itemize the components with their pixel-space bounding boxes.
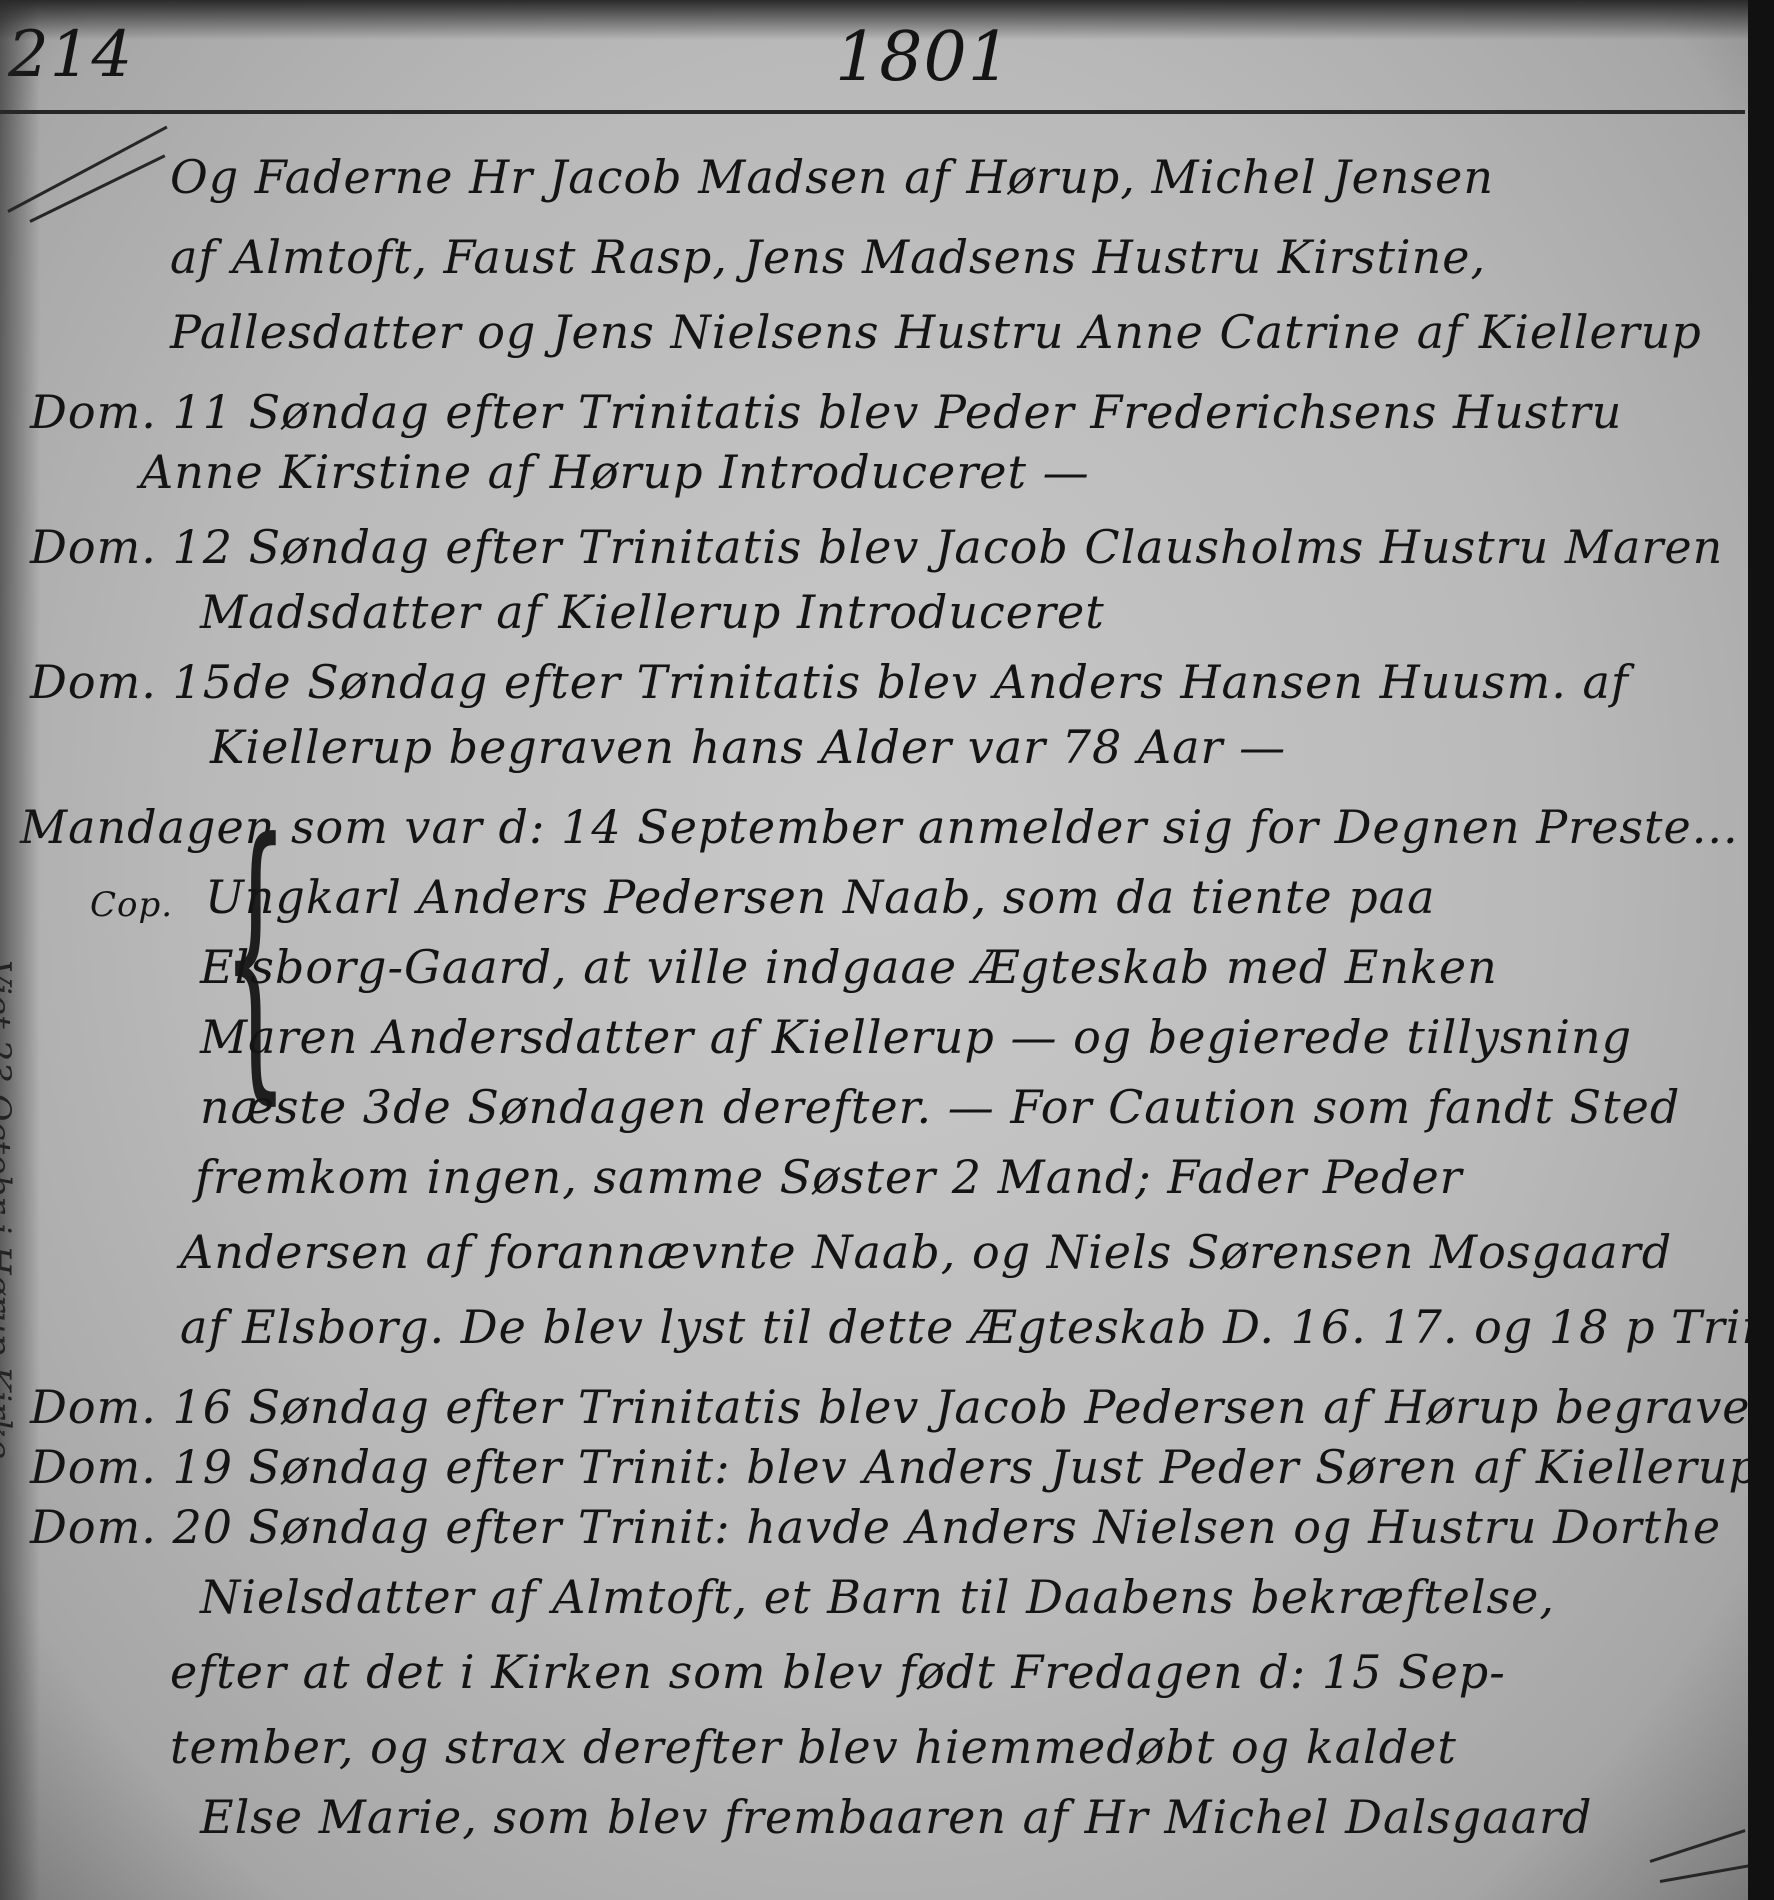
entry-line: Og Faderne Hr Jacob Madsen af Hørup, Mic… bbox=[170, 150, 1494, 204]
margin-mark: Cop. bbox=[90, 885, 173, 925]
entry-line: Dom. 19 Søndag efter Trinit: blev Anders… bbox=[30, 1440, 1748, 1494]
header-rule bbox=[0, 110, 1745, 114]
entry-line: Andersen af forannævnte Naab, og Niels S… bbox=[180, 1225, 1672, 1279]
line-text: Elsborg-Gaard, at ville indgaae Ægteskab… bbox=[200, 940, 1498, 994]
line-text: næste 3de Søndagen derefter. — For Cauti… bbox=[200, 1080, 1680, 1134]
entry-line: Pallesdatter og Jens Nielsens Hustru Ann… bbox=[170, 305, 1702, 359]
entry-line: Madsdatter af Kiellerup Introduceret bbox=[200, 585, 1105, 639]
end-slash-mark bbox=[1650, 1829, 1746, 1863]
line-text: Kiellerup begraven hans Alder var 78 Aar… bbox=[210, 720, 1286, 774]
entry-line: Dom. 20 Søndag efter Trinit: havde Ander… bbox=[30, 1500, 1721, 1554]
entry-line: Dom. 11 Søndag efter Trinitatis blev Ped… bbox=[30, 385, 1622, 439]
line-text: 12 Søndag efter Trinitatis blev Jacob Cl… bbox=[172, 520, 1723, 574]
entry-line: Maren Andersdatter af Kiellerup — og beg… bbox=[200, 1010, 1632, 1064]
line-text: efter at det i Kirken som blev født Fred… bbox=[170, 1645, 1506, 1699]
line-text: fremkom ingen, samme Søster 2 Mand; Fade… bbox=[195, 1150, 1463, 1204]
entry-line: Dom. 16 Søndag efter Trinitatis blev Jac… bbox=[30, 1380, 1748, 1434]
entry-line: efter at det i Kirken som blev født Fred… bbox=[170, 1645, 1506, 1699]
entry-line: tember, og strax derefter blev hiemmedøb… bbox=[170, 1720, 1457, 1774]
entry-line: Kiellerup begraven hans Alder var 78 Aar… bbox=[210, 720, 1286, 774]
margin-abbrev: Dom. bbox=[30, 1380, 157, 1434]
entry-line: Ungkarl Anders Pedersen Naab, som da tie… bbox=[205, 870, 1436, 924]
margin-abbrev: Dom. bbox=[30, 655, 157, 709]
entry-line: næste 3de Søndagen derefter. — For Cauti… bbox=[200, 1080, 1680, 1134]
entry-line: Nielsdatter af Almtoft, et Barn til Daab… bbox=[200, 1570, 1555, 1624]
page-year: 1801 bbox=[835, 18, 1012, 97]
entry-line: Dom. 12 Søndag efter Trinitatis blev Jac… bbox=[30, 520, 1723, 574]
margin-abbrev: Dom. bbox=[30, 520, 157, 574]
line-text: tember, og strax derefter blev hiemmedøb… bbox=[170, 1720, 1457, 1774]
line-text: Maren Andersdatter af Kiellerup — og beg… bbox=[200, 1010, 1632, 1064]
entry-line: Elsborg-Gaard, at ville indgaae Ægteskab… bbox=[200, 940, 1498, 994]
end-slash-mark bbox=[1660, 1864, 1748, 1883]
line-text: Andersen af forannævnte Naab, og Niels S… bbox=[180, 1225, 1672, 1279]
margin-slash-mark bbox=[7, 126, 167, 213]
register-page: 214 1801 Og Faderne Hr Jacob Madsen af H… bbox=[0, 0, 1748, 1900]
margin-abbrev: Dom. bbox=[30, 385, 157, 439]
entry-line: Anne Kirstine af Hørup Introduceret — bbox=[140, 445, 1090, 499]
line-text: af Almtoft, Faust Rasp, Jens Madsens Hus… bbox=[170, 230, 1486, 284]
entry-line: af Almtoft, Faust Rasp, Jens Madsens Hus… bbox=[170, 230, 1486, 284]
page-number: 214 bbox=[8, 18, 133, 92]
entry-line: Dom. 15de Søndag efter Trinitatis blev A… bbox=[30, 655, 1629, 709]
line-text: 15de Søndag efter Trinitatis blev Anders… bbox=[172, 655, 1628, 709]
line-text: Anne Kirstine af Hørup Introduceret — bbox=[140, 445, 1090, 499]
line-text: Else Marie, som blev frembaaren af Hr Mi… bbox=[200, 1790, 1593, 1844]
line-text: 19 Søndag efter Trinit: blev Anders Just… bbox=[172, 1440, 1748, 1494]
entry-line: fremkom ingen, samme Søster 2 Mand; Fade… bbox=[195, 1150, 1463, 1204]
line-text: Pallesdatter og Jens Nielsens Hustru Ann… bbox=[170, 305, 1702, 359]
margin-abbrev: Dom. bbox=[30, 1500, 157, 1554]
entry-line: Else Marie, som blev frembaaren af Hr Mi… bbox=[200, 1790, 1593, 1844]
line-text: 11 Søndag efter Trinitatis blev Peder Fr… bbox=[172, 385, 1622, 439]
line-text: Nielsdatter af Almtoft, et Barn til Daab… bbox=[200, 1570, 1555, 1624]
line-text: af Elsborg. De blev lyst til dette Ægtes… bbox=[180, 1300, 1748, 1354]
entry-line: af Elsborg. De blev lyst til dette Ægtes… bbox=[180, 1300, 1748, 1354]
page-edge bbox=[1748, 0, 1774, 1900]
margin-marriage-note: Viet 23 Octobr i Hørup Kirke bbox=[0, 960, 18, 1459]
margin-abbrev: Dom. bbox=[30, 1440, 157, 1494]
line-text: Ungkarl Anders Pedersen Naab, som da tie… bbox=[205, 870, 1436, 924]
line-text: Madsdatter af Kiellerup Introduceret bbox=[200, 585, 1105, 639]
line-text: 16 Søndag efter Trinitatis blev Jacob Pe… bbox=[172, 1380, 1748, 1434]
line-text: Og Faderne Hr Jacob Madsen af Hørup, Mic… bbox=[170, 150, 1494, 204]
line-text: 20 Søndag efter Trinit: havde Anders Nie… bbox=[172, 1500, 1721, 1554]
